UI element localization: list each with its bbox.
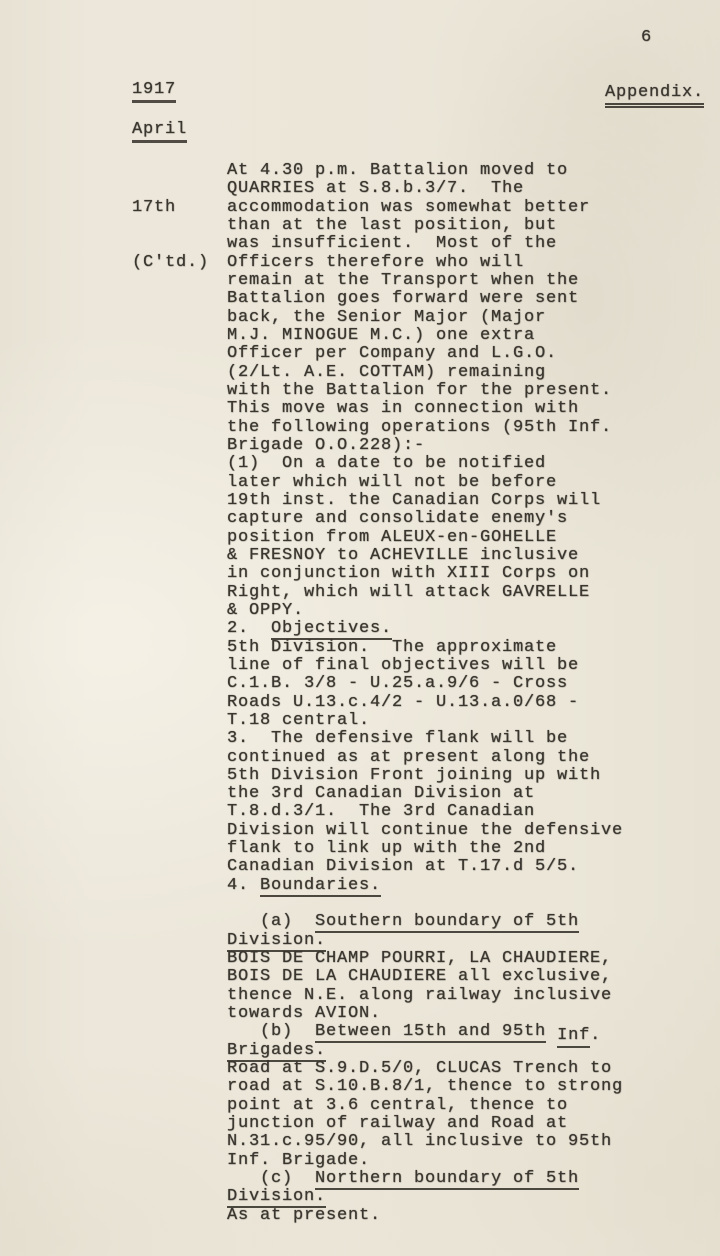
scanned-document-page: { "page": { "number": "6", "year": "1917…: [0, 0, 720, 1256]
body-line-segment: continued as at present along the: [227, 748, 590, 767]
body-line-segment: BOIS DE CHAMP POURRI, LA CHAUDIERE,: [227, 949, 612, 968]
body-line: BOIS DE LA CHAUDIERE all exclusive,: [227, 968, 697, 986]
body-line-segment: junction of railway and Road at: [227, 1114, 568, 1133]
entry-date-day: 17th: [132, 199, 209, 217]
body-line-segment: (a): [227, 912, 315, 931]
body-line: Battalion goes forward were sent: [227, 290, 697, 308]
body-line: line of final objectives will be: [227, 657, 697, 675]
body-line-segment: back, the Senior Major (Major: [227, 308, 546, 327]
body-line-segment: (c): [227, 1169, 315, 1188]
body-line-segment: was insufficient. Most of the: [227, 234, 557, 253]
body-line-segment: the 3rd Canadian Division at: [227, 784, 535, 803]
body-line-segment: QUARRIES at S.8.b.3/7. The: [227, 179, 524, 198]
body-line: 4. Boundaries.: [227, 877, 697, 895]
appendix-heading-text: Appendix.: [605, 83, 704, 108]
body-line: (1) On a date to be notified: [227, 455, 697, 473]
entry-date: 17th (C'td.): [132, 162, 209, 290]
year-heading-text: 1917: [132, 80, 176, 103]
body-line-segment: Roads U.13.c.4/2 - U.13.a.0/68 -: [227, 693, 579, 712]
body-line-segment: Between 15th and 95th: [315, 1022, 546, 1043]
body-line-segment: accommodation was somewhat better: [227, 198, 590, 217]
body-line-segment: Northern boundary of 5th: [315, 1169, 579, 1190]
body-line-segment: towards AVION.: [227, 1004, 381, 1023]
body-line: Road at S.9.D.5/0, CLUCAS Trench to: [227, 1060, 697, 1078]
body-line: was insufficient. Most of the: [227, 235, 697, 253]
body-line: 2. Objectives.: [227, 620, 697, 638]
body-line-segment: [546, 1022, 557, 1041]
body-line-segment: road at S.10.B.8/1, thence to strong: [227, 1077, 623, 1096]
body-line-segment: (2/Lt. A.E. COTTAM) remaining: [227, 363, 546, 382]
body-line: Canadian Division at T.17.d 5/5.: [227, 858, 697, 876]
body-line-segment: point at 3.6 central, thence to: [227, 1096, 568, 1115]
body-line: Roads U.13.c.4/2 - U.13.a.0/68 -: [227, 694, 697, 712]
body-line: Officer per Company and L.G.O.: [227, 345, 697, 363]
body-line: road at S.10.B.8/1, thence to strong: [227, 1078, 697, 1096]
page-number: 6: [641, 28, 652, 47]
body-line: This move was in connection with: [227, 400, 697, 418]
body-line: As at present.: [227, 1207, 697, 1225]
body-line-segment: 3. The defensive flank will be: [227, 729, 568, 748]
body-line-segment: As at present.: [227, 1206, 381, 1225]
body-line: N.31.c.95/90, all inclusive to 95th: [227, 1133, 697, 1151]
body-line-segment: Battalion goes forward were sent: [227, 289, 579, 308]
body-line-segment: remain at the Transport when the: [227, 271, 579, 290]
body-line-segment: than at the last position, but: [227, 216, 557, 235]
body-line-segment: .: [590, 1027, 601, 1045]
body-line-segment: Officers therefore who will: [227, 253, 524, 272]
body-line: (2/Lt. A.E. COTTAM) remaining: [227, 364, 697, 382]
body-line: & FRESNOY to ACHEVILLE inclusive: [227, 547, 697, 565]
body-line: back, the Senior Major (Major: [227, 309, 697, 327]
body-line: point at 3.6 central, thence to: [227, 1097, 697, 1115]
body-line: flank to link up with the 2nd: [227, 840, 697, 858]
body-line-segment: 4.: [227, 876, 260, 895]
appendix-heading: Appendix.: [605, 83, 704, 102]
body-line-segment: Canadian Division at T.17.d 5/5.: [227, 857, 579, 876]
body-line: capture and consolidate enemy's: [227, 510, 697, 528]
body-line: thence N.E. along railway inclusive: [227, 987, 697, 1005]
body-line: Brigade O.O.228):-: [227, 437, 697, 455]
body-line: junction of railway and Road at: [227, 1115, 697, 1133]
body-line-segment: Inf. Brigade.: [227, 1151, 370, 1170]
body-line: Officers therefore who will: [227, 254, 697, 272]
body-line-segment: M.J. MINOGUE M.C.) one extra: [227, 326, 535, 345]
body-line: Division will continue the defensive: [227, 822, 697, 840]
body-line-segment: flank to link up with the 2nd: [227, 839, 546, 858]
month-heading-text: April: [132, 120, 187, 143]
body-line-segment: later which will not be before: [227, 473, 557, 492]
body-line-segment: 5th Division. The approximate: [227, 638, 557, 657]
body-line: T.8.d.3/1. The 3rd Canadian: [227, 803, 697, 821]
body-line: (a) Southern boundary of 5th: [227, 913, 697, 931]
body-line: (b) Between 15th and 95th Inf.: [227, 1023, 697, 1041]
body-line: continued as at present along the: [227, 749, 697, 767]
body-line-segment: Right, which will attack GAVRELLE: [227, 583, 590, 602]
body-line: Right, which will attack GAVRELLE: [227, 584, 697, 602]
body-line: than at the last position, but: [227, 217, 697, 235]
body-line-segment: the following operations (95th Inf.: [227, 418, 612, 437]
body-line-segment: Brigade O.O.228):-: [227, 436, 425, 455]
body-line-segment: in conjunction with XIII Corps on: [227, 564, 590, 583]
body-line-segment: 2.: [227, 619, 271, 638]
body-line: C.1.B. 3/8 - U.25.a.9/6 - Cross: [227, 675, 697, 693]
body-line-segment: Southern boundary of 5th: [315, 912, 579, 933]
body-line: the following operations (95th Inf.: [227, 419, 697, 437]
body-line-segment: Boundaries.: [260, 876, 381, 897]
body-line-segment: C.1.B. 3/8 - U.25.a.9/6 - Cross: [227, 674, 568, 693]
body-line-segment: 19th inst. the Canadian Corps will: [227, 491, 601, 510]
body-line-segment: T.18 central.: [227, 711, 370, 730]
body-line-segment: & OPPY.: [227, 601, 304, 620]
body-line: position from ALEUX-en-GOHELLE: [227, 529, 697, 547]
entry-date-continued: (C'td.): [132, 254, 209, 272]
body-line: Division.: [227, 1188, 697, 1206]
body-line: Brigades.: [227, 1042, 697, 1060]
body-line: in conjunction with XIII Corps on: [227, 565, 697, 583]
body-line: Division.: [227, 932, 697, 950]
body-line-segment: line of final objectives will be: [227, 656, 579, 675]
body-line: towards AVION.: [227, 1005, 697, 1023]
body-line-segment: BOIS DE LA CHAUDIERE all exclusive,: [227, 967, 612, 986]
body-line: 19th inst. the Canadian Corps will: [227, 492, 697, 510]
document-body: At 4.30 p.m. Battalion moved toQUARRIES …: [227, 162, 697, 1225]
body-line-segment: with the Battalion for the present.: [227, 381, 612, 400]
body-line: Inf. Brigade.: [227, 1152, 697, 1170]
body-line-segment: Division will continue the defensive: [227, 821, 623, 840]
body-line-segment: capture and consolidate enemy's: [227, 509, 568, 528]
body-line: remain at the Transport when the: [227, 272, 697, 290]
body-line-segment: Officer per Company and L.G.O.: [227, 344, 557, 363]
body-line: 3. The defensive flank will be: [227, 730, 697, 748]
body-line-segment: (1) On a date to be notified: [227, 454, 546, 473]
blank-line: [227, 895, 697, 913]
body-line: BOIS DE CHAMP POURRI, LA CHAUDIERE,: [227, 950, 697, 968]
year-heading: 1917: [132, 80, 176, 99]
body-line-segment: Road at S.9.D.5/0, CLUCAS Trench to: [227, 1059, 612, 1078]
body-line-segment: N.31.c.95/90, all inclusive to 95th: [227, 1132, 612, 1151]
body-line: (c) Northern boundary of 5th: [227, 1170, 697, 1188]
body-line-segment: Inf: [557, 1027, 590, 1047]
body-line: At 4.30 p.m. Battalion moved to: [227, 162, 697, 180]
body-line-segment: T.8.d.3/1. The 3rd Canadian: [227, 802, 535, 821]
body-line: T.18 central.: [227, 712, 697, 730]
body-line: later which will not be before: [227, 474, 697, 492]
body-line: M.J. MINOGUE M.C.) one extra: [227, 327, 697, 345]
body-line-segment: position from ALEUX-en-GOHELLE: [227, 528, 557, 547]
body-line: 5th Division Front joining up with: [227, 767, 697, 785]
body-line: the 3rd Canadian Division at: [227, 785, 697, 803]
body-line-segment: This move was in connection with: [227, 399, 579, 418]
body-line-segment: (b): [227, 1022, 315, 1041]
body-line-segment: 5th Division Front joining up with: [227, 766, 601, 785]
month-heading: April: [132, 120, 187, 139]
body-line-segment: thence N.E. along railway inclusive: [227, 986, 612, 1005]
body-line: accommodation was somewhat better: [227, 199, 697, 217]
body-line: 5th Division. The approximate: [227, 639, 697, 657]
body-line-segment: & FRESNOY to ACHEVILLE inclusive: [227, 546, 579, 565]
body-line-segment: At 4.30 p.m. Battalion moved to: [227, 161, 568, 180]
body-line: & OPPY.: [227, 602, 697, 620]
body-line: with the Battalion for the present.: [227, 382, 697, 400]
body-line: QUARRIES at S.8.b.3/7. The: [227, 180, 697, 198]
